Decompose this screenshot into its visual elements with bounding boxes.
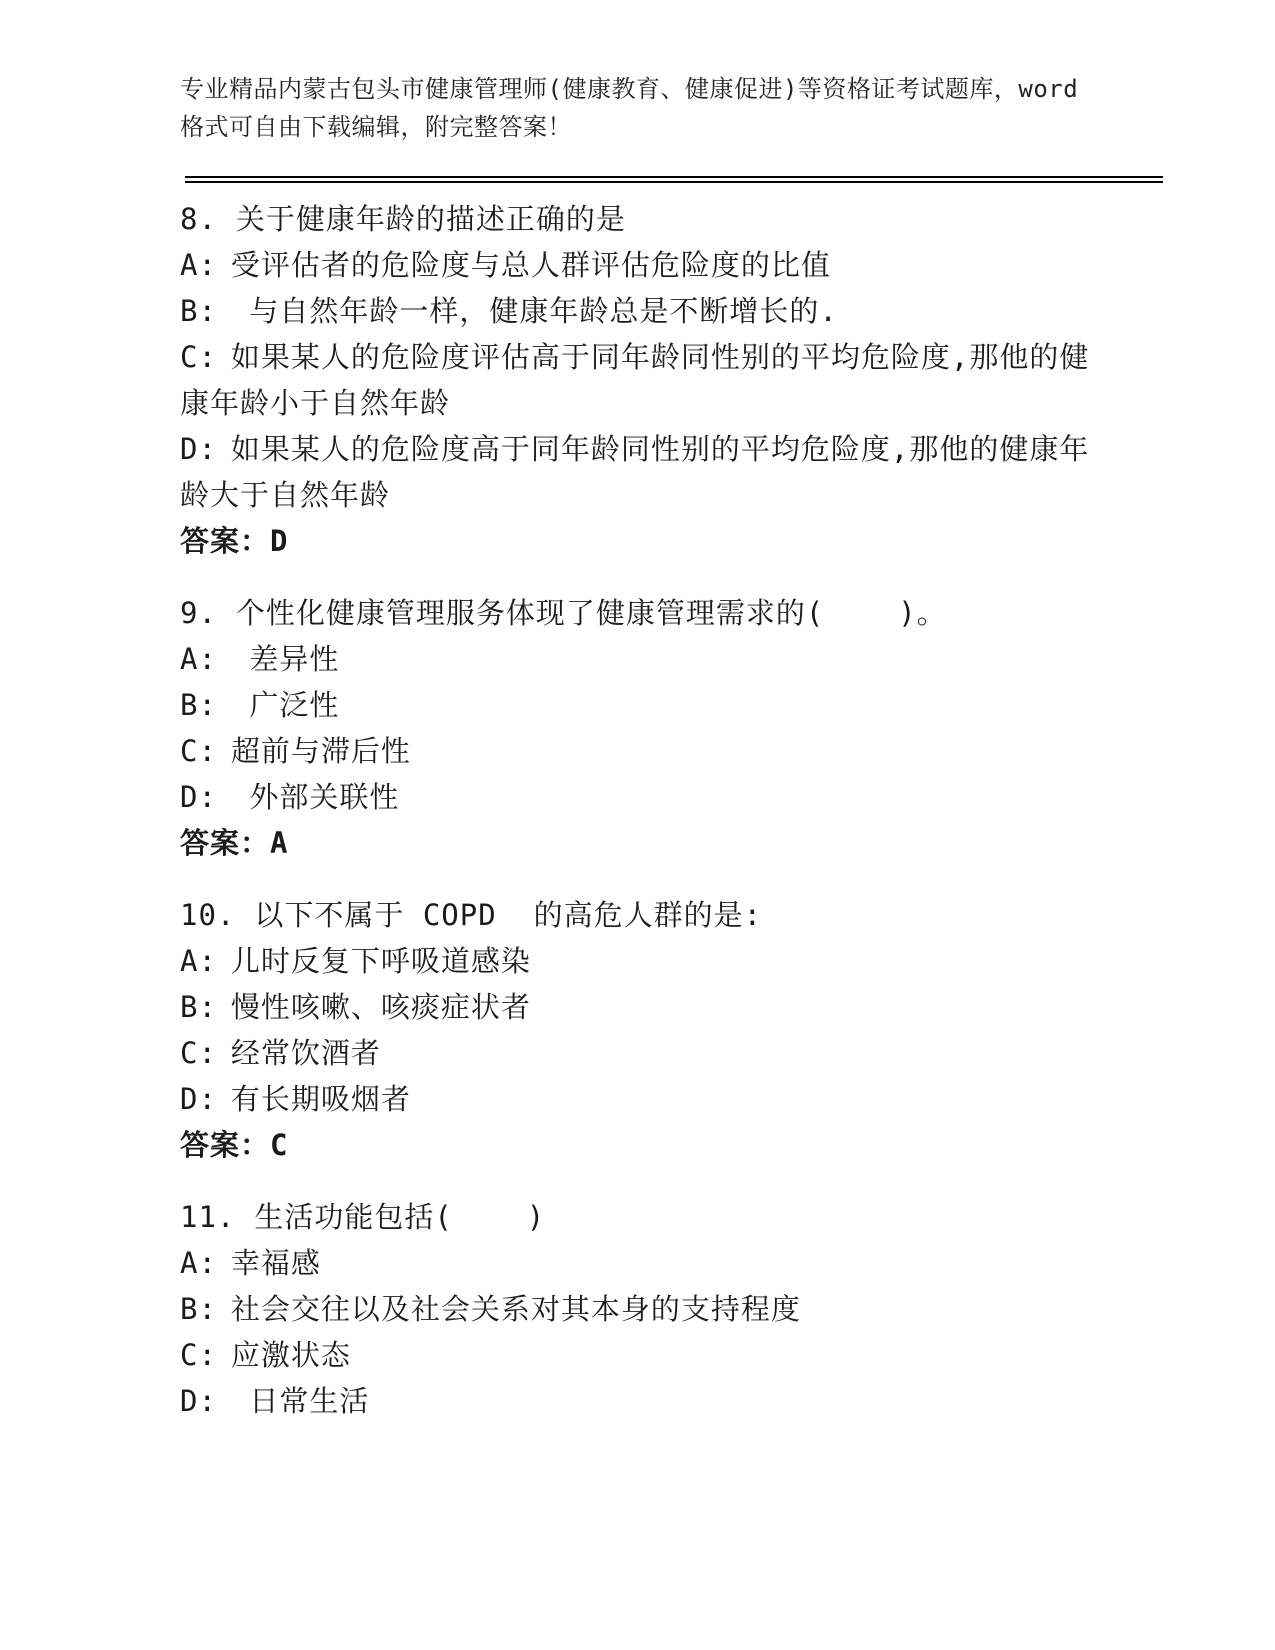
option-label: A: — [180, 944, 217, 978]
option-label: B: — [180, 294, 217, 328]
document-content: 专业精品内蒙古包头市健康管理师(健康教育、健康促进)等资格证考试题库，word … — [0, 0, 1275, 1424]
option-label: A: — [180, 642, 217, 676]
question-text: 生活功能包括( ) — [254, 1200, 545, 1234]
answer-value: C — [270, 1128, 288, 1162]
option-a: A: 差异性 — [180, 636, 1155, 682]
option-label: A: — [180, 1246, 217, 1280]
option-text: 广泛性 — [231, 688, 339, 722]
option-text: 应激状态 — [231, 1338, 351, 1372]
option-label: D: — [180, 780, 217, 814]
header-line-2: 格式可自由下载编辑，附完整答案！ — [180, 108, 1155, 146]
option-text: 慢性咳嗽、咳痰症状者 — [231, 990, 531, 1024]
answer-label: 答案： — [180, 524, 270, 558]
option-label: C: — [180, 340, 217, 374]
option-c: C:如果某人的危险度评估高于同年龄同性别的平均危险度,那他的健 康年龄小于自然年… — [180, 334, 1155, 426]
answer-line: 答案：C — [180, 1122, 1155, 1168]
option-text: 如果某人的危险度高于同年龄同性别的平均危险度,那他的健康年 龄大于自然年龄 — [180, 432, 1089, 512]
option-label: A: — [180, 248, 217, 282]
option-label: B: — [180, 990, 217, 1024]
option-label: D: — [180, 432, 217, 466]
question-number: 8. — [180, 202, 217, 236]
question-text: 以下不属于 COPD 的高危人群的是: — [254, 898, 762, 932]
option-label: C: — [180, 1036, 217, 1070]
option-label: D: — [180, 1082, 217, 1116]
option-text: 差异性 — [231, 642, 339, 676]
option-d: D:有长期吸烟者 — [180, 1076, 1155, 1122]
header-divider — [185, 176, 1163, 183]
option-d: D: 外部关联性 — [180, 774, 1155, 820]
answer-label: 答案： — [180, 1128, 270, 1162]
header-line-1: 专业精品内蒙古包头市健康管理师(健康教育、健康促进)等资格证考试题库，word — [180, 70, 1155, 108]
option-text: 外部关联性 — [231, 780, 399, 814]
question-8: 8.关于健康年龄的描述正确的是 A:受评估者的危险度与总人群评估危险度的比值 B… — [180, 196, 1155, 564]
answer-line: 答案：A — [180, 820, 1155, 866]
option-b: B: 与自然年龄一样，健康年龄总是不断增长的. — [180, 288, 1155, 334]
option-b: B:慢性咳嗽、咳痰症状者 — [180, 984, 1155, 1030]
question-stem: 10.以下不属于 COPD 的高危人群的是: — [180, 892, 1155, 938]
answer-value: D — [270, 524, 288, 558]
option-text: 有长期吸烟者 — [231, 1082, 411, 1116]
question-stem: 9.个性化健康管理服务体现了健康管理需求的( )。 — [180, 590, 1155, 636]
option-label: C: — [180, 1338, 217, 1372]
option-a: A:受评估者的危险度与总人群评估危险度的比值 — [180, 242, 1155, 288]
document-page: 专业精品内蒙古包头市健康管理师(健康教育、健康促进)等资格证考试题库，word … — [0, 0, 1275, 1650]
option-text: 与自然年龄一样，健康年龄总是不断增长的. — [231, 294, 838, 328]
option-a: A:幸福感 — [180, 1240, 1155, 1286]
option-c: C:超前与滞后性 — [180, 728, 1155, 774]
question-text: 个性化健康管理服务体现了健康管理需求的( )。 — [236, 596, 947, 630]
option-text: 超前与滞后性 — [231, 734, 411, 768]
option-text: 儿时反复下呼吸道感染 — [231, 944, 531, 978]
question-number: 9. — [180, 596, 217, 630]
option-label: B: — [180, 688, 217, 722]
option-text: 如果某人的危险度评估高于同年龄同性别的平均危险度,那他的健 康年龄小于自然年龄 — [180, 340, 1089, 420]
question-number: 10. — [180, 898, 235, 932]
question-number: 11. — [180, 1200, 235, 1234]
option-text: 受评估者的危险度与总人群评估危险度的比值 — [231, 248, 831, 282]
question-11: 11.生活功能包括( ) A:幸福感 B:社会交往以及社会关系对其本身的支持程度… — [180, 1194, 1155, 1424]
option-text: 社会交往以及社会关系对其本身的支持程度 — [231, 1292, 801, 1326]
question-text: 关于健康年龄的描述正确的是 — [236, 202, 626, 236]
question-10: 10.以下不属于 COPD 的高危人群的是: A:儿时反复下呼吸道感染 B:慢性… — [180, 892, 1155, 1168]
option-d: D:如果某人的危险度高于同年龄同性别的平均危险度,那他的健康年 龄大于自然年龄 — [180, 426, 1155, 518]
option-text: 幸福感 — [231, 1246, 321, 1280]
question-stem: 11.生活功能包括( ) — [180, 1194, 1155, 1240]
option-d: D: 日常生活 — [180, 1378, 1155, 1424]
option-b: B:社会交往以及社会关系对其本身的支持程度 — [180, 1286, 1155, 1332]
option-a: A:儿时反复下呼吸道感染 — [180, 938, 1155, 984]
option-c: C:经常饮酒者 — [180, 1030, 1155, 1076]
option-b: B: 广泛性 — [180, 682, 1155, 728]
document-header: 专业精品内蒙古包头市健康管理师(健康教育、健康促进)等资格证考试题库，word … — [180, 70, 1155, 146]
answer-value: A — [270, 826, 288, 860]
answer-label: 答案： — [180, 826, 270, 860]
option-text: 日常生活 — [231, 1384, 369, 1418]
option-label: D: — [180, 1384, 217, 1418]
option-label: B: — [180, 1292, 217, 1326]
option-text: 经常饮酒者 — [231, 1036, 381, 1070]
question-9: 9.个性化健康管理服务体现了健康管理需求的( )。 A: 差异性 B: 广泛性 … — [180, 590, 1155, 866]
option-label: C: — [180, 734, 217, 768]
question-stem: 8.关于健康年龄的描述正确的是 — [180, 196, 1155, 242]
option-c: C:应激状态 — [180, 1332, 1155, 1378]
answer-line: 答案：D — [180, 518, 1155, 564]
